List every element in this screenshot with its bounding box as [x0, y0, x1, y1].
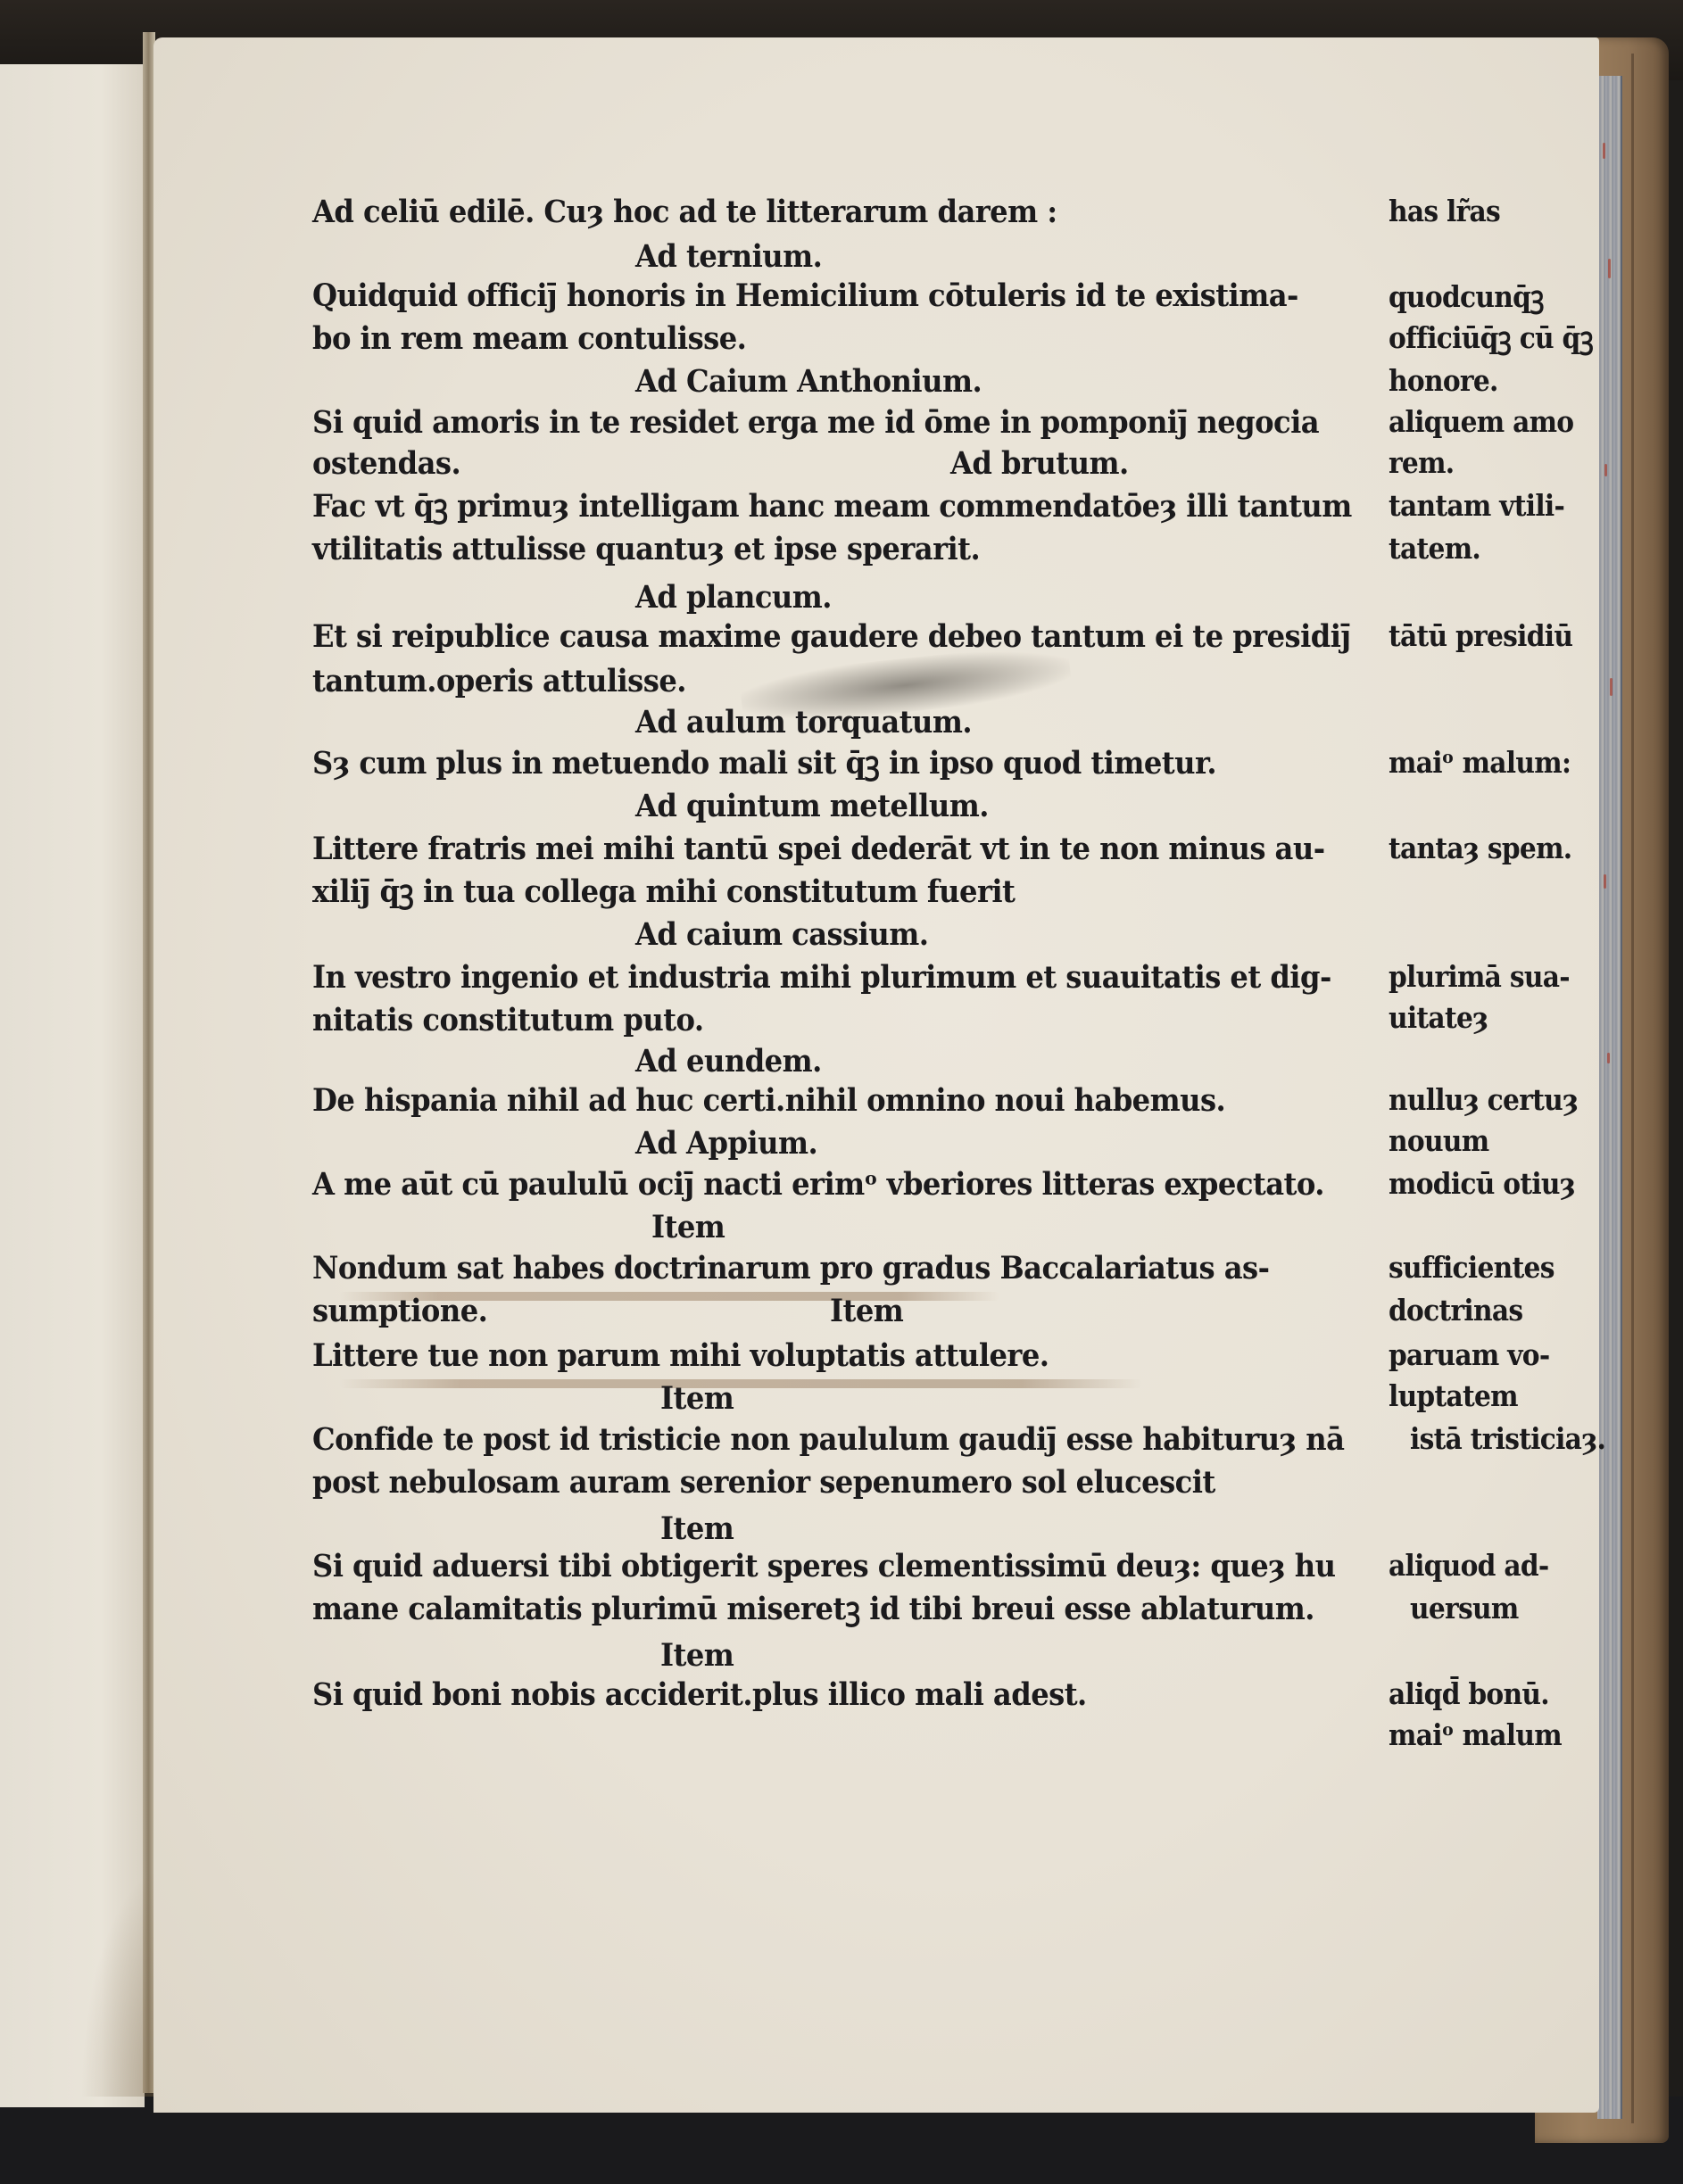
- margin-gloss: tantam vtili-: [1389, 489, 1564, 523]
- text-line: Littere tue non parum mihi voluptatis at…: [312, 1338, 1049, 1374]
- margin-gloss: aliquod ad-: [1389, 1549, 1549, 1583]
- text-line: A me aūt cū paululū ociȷ̄ nacti erimᵒ vb…: [312, 1167, 1324, 1203]
- margin-gloss: aliqd̄ bonū.: [1389, 1677, 1549, 1711]
- margin-gloss: istā tristiciaȝ.: [1410, 1422, 1605, 1456]
- text-line: Si quid boni nobis acciderit.plus illico…: [312, 1677, 1087, 1713]
- margin-gloss: maiᵒ malum: [1389, 1718, 1562, 1752]
- text-line: nitatis constitutum puto.: [312, 1003, 704, 1038]
- letter-heading: Ad aulum torquatum.: [635, 705, 972, 740]
- letter-heading: Ad ternium.: [635, 239, 822, 275]
- text-line: mane calamitatis plurimū miseretꝫ id tib…: [312, 1592, 1314, 1627]
- text-line: ostendas.: [312, 446, 460, 482]
- letter-heading: Item: [830, 1294, 903, 1329]
- margin-gloss: modicū otiuȝ: [1389, 1167, 1575, 1201]
- margin-gloss: plurimā sua-: [1389, 960, 1570, 994]
- margin-gloss: nulluȝ certuȝ: [1389, 1083, 1578, 1117]
- edge-speckle: [1604, 464, 1607, 476]
- letter-heading: Ad caium cassium.: [635, 917, 928, 953]
- text-line: bo in rem meam contulisse.: [312, 321, 746, 357]
- text-line: vtilitatis attulisse quantuȝ et ipse spe…: [312, 532, 980, 567]
- margin-gloss: honore.: [1389, 364, 1498, 398]
- letter-heading: Ad Caium Anthonium.: [635, 364, 982, 400]
- text-line: Si quid amoris in te residet erga me id …: [312, 405, 1319, 441]
- letter-heading: Ad eundem.: [635, 1044, 822, 1080]
- text-line: In vestro ingenio et industria mihi plur…: [312, 960, 1331, 996]
- margin-gloss: doctrinas: [1389, 1294, 1522, 1328]
- margin-gloss: sufficientes: [1389, 1251, 1554, 1285]
- margin-gloss: nouum: [1389, 1124, 1488, 1158]
- underline-stain: [339, 1379, 1142, 1388]
- binding-groove: [1631, 54, 1634, 2123]
- margin-gloss: officiūq̄ꝫ cū q̄ꝫ: [1389, 321, 1593, 355]
- text-line: tantum.operis attulisse.: [312, 664, 686, 699]
- margin-gloss: rem.: [1389, 446, 1454, 480]
- letter-heading: Item: [660, 1638, 734, 1674]
- letter-heading: Ad Appium.: [635, 1126, 817, 1162]
- text-line: xiliȷ̄ q̄ꝫ in tua collega mihi constitut…: [312, 874, 1015, 910]
- margin-gloss: tatem.: [1389, 532, 1480, 566]
- margin-gloss: aliquem amo: [1389, 405, 1573, 439]
- margin-gloss: uitateȝ: [1389, 1001, 1488, 1035]
- margin-gloss: has lr̃as: [1389, 194, 1500, 228]
- edge-speckle: [1603, 143, 1605, 159]
- text-line: sumptione.: [312, 1294, 487, 1329]
- edge-speckle: [1604, 874, 1606, 889]
- edge-speckle: [1608, 259, 1611, 278]
- page-edges: [1597, 76, 1622, 2119]
- text-line: Confide te post id tristicie non paululu…: [312, 1422, 1344, 1458]
- text-line: Si quid aduersi tibi obtigerit speres cl…: [312, 1549, 1336, 1584]
- edge-speckle: [1607, 1053, 1610, 1063]
- text-line: Et si reipublice causa maxime gaudere de…: [312, 619, 1351, 655]
- margin-gloss: tātū presidiū: [1389, 619, 1572, 653]
- text-line: Littere fratris mei mihi tantū spei dede…: [312, 831, 1325, 867]
- margin-gloss: tantaȝ spem.: [1389, 831, 1571, 865]
- margin-gloss: paruam vo-: [1389, 1338, 1549, 1372]
- letter-heading: Item: [660, 1381, 734, 1417]
- text-line: Quidquid officiȷ̄ honoris in Hemicilium …: [312, 278, 1298, 314]
- letter-heading: Item: [660, 1511, 734, 1547]
- margin-gloss: uersum: [1410, 1592, 1519, 1626]
- facing-page-left: [0, 64, 145, 2107]
- text-line: Ad celiū edilē. Cuȝ hoc ad te litterarum…: [312, 194, 1057, 230]
- text-line: Sȝ cum plus in metuendo mali sit q̄ꝫ in …: [312, 746, 1216, 782]
- edge-speckle: [1610, 678, 1613, 696]
- letter-heading: Item: [651, 1210, 725, 1245]
- text-line: post nebulosam auram serenior sepenumero…: [312, 1465, 1215, 1501]
- margin-gloss: luptatem: [1389, 1379, 1518, 1413]
- text-line: Nondum sat habes doctrinarum pro gradus …: [312, 1251, 1269, 1286]
- text-line: De hispania nihil ad huc certi.nihil omn…: [312, 1083, 1225, 1119]
- letter-heading: Ad brutum.: [950, 446, 1129, 482]
- letter-heading: Ad quintum metellum.: [635, 789, 989, 824]
- margin-gloss: quodcunq̄ꝫ: [1389, 280, 1544, 314]
- margin-gloss: maiᵒ malum:: [1389, 746, 1571, 780]
- letter-heading: Ad plancum.: [635, 580, 832, 616]
- text-line: Fac vt q̄ꝫ primuȝ intelligam hanc meam c…: [312, 489, 1352, 525]
